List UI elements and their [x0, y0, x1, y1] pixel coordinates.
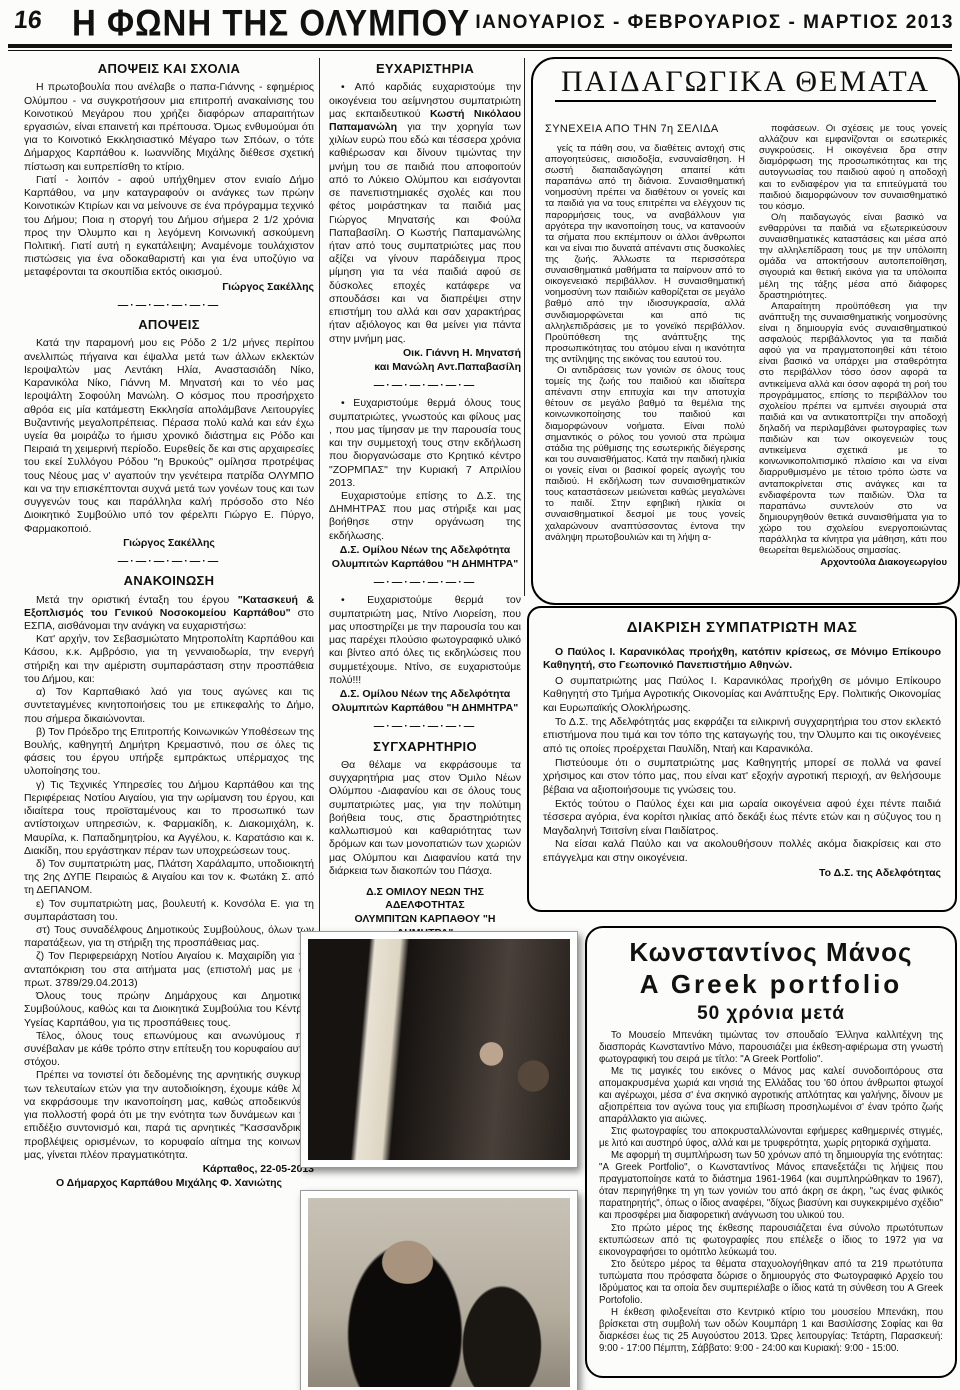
signature: Δ.Σ. Ομίλου Νέων της Αδελφότητα — [329, 544, 521, 557]
paragraph: Ευχαριστούμε επίσης το Δ.Σ. της ΔΗΜΗΤΡΑΣ… — [329, 490, 521, 543]
signature: Ο Δήμαρχος Καρπάθου Μιχάλης Φ. Χανιώτης — [24, 1177, 314, 1190]
paragraph: Μετά την οριστική ένταξη του έργου "Κατα… — [24, 594, 314, 634]
text-run: Μετά την οριστική ένταξη του έργου — [36, 594, 238, 606]
page-number: 16 — [12, 6, 43, 35]
header-rule — [8, 44, 952, 51]
section-divider: —·—·—·—·—·— — [329, 576, 521, 589]
paragraph: Η πρωτοβουλία που ανέλαβε ο παπα-Γιάννης… — [24, 81, 314, 174]
signature: Το Δ.Σ. της Αδελφότητας — [543, 867, 941, 881]
signature: Ολυμπιτών Καρπάθου "Η ΔΗΜΗΤΡΑ" — [329, 702, 521, 715]
villager-portrait-photo — [300, 1190, 578, 1390]
section-title: ΑΠΟΨΕΙΣ — [24, 317, 314, 333]
announcement-item: Τέλος, όλους τους επωνύμους και ανωνύμου… — [24, 1030, 314, 1070]
pedagogy-left-column: ΣΥΝΕΧΕΙΑ ΑΠΟ ΤΗΝ 7η ΣΕΛΙΔΑ γείς τα πάθη … — [545, 123, 745, 543]
paragraph: Θα θέλαμε να εκφράσουμε τα συγχαρητήρια … — [329, 759, 521, 878]
signature: Δ.Σ ΟΜΙΛΟΥ ΝΕΩΝ ΤΗΣ ΑΔΕΛΦΟΤΗΤΑΣ — [329, 886, 521, 912]
lead-paragraph: Ο Παύλος Ι. Καρανικόλας προήχθη, κατόπιν… — [543, 646, 941, 673]
section-divider: —·—·—·—·—·— — [24, 555, 314, 568]
section-title: ΑΝΑΚΟΙΝΩΣΗ — [24, 573, 314, 589]
paragraph: Στις φωτογραφίες του αποκρυσταλλώνονται … — [599, 1126, 943, 1150]
paragraph: Στο πρώτο μέρος της έκθεσης παρουσιάζετα… — [599, 1223, 943, 1259]
section-divider: —·—·—·—·—·— — [24, 299, 314, 312]
paragraph: Το Μουσείο Μπενάκη τιμώντας τον σπουδαίο… — [599, 1030, 943, 1066]
text-run: για την χορηγία των χιλίων ευρώ που εδώ … — [329, 121, 521, 345]
continued-from-note: ΣΥΝΕΧΕΙΑ ΑΠΟ ΤΗΝ 7η ΣΕΛΙΔΑ — [545, 123, 745, 136]
date-signature: Κάρπαθος, 22-05-2013 — [24, 1163, 314, 1176]
box-title: ΠΑΙΔΑΓΩΓΙΚΑ ΘΕΜΑΤΑ — [555, 65, 936, 102]
announcement-items: Κατ' αρχήν, τον Σεβασμιώτατο Μητροπολίτη… — [24, 633, 314, 1162]
exhibition-title-latin: A Greek portfolio — [599, 968, 943, 1000]
announcement-item: ε) Τον συμπατριώτη μας, βουλευτή κ. Κονσ… — [24, 898, 314, 924]
box-title-wrap: ΠΑΙΔΑΓΩΓΙΚΑ ΘΕΜΑΤΑ — [533, 65, 958, 102]
paragraph: Ο συμπατριώτης μας Παύλος Ι. Καρανικόλας… — [543, 675, 941, 716]
announcement-item: Πρέπει να τονιστεί ότι δεδομένης της αρν… — [24, 1069, 314, 1162]
masthead-logo: Η ΦΩΝΗ ΤΗΣ ΟΛΥΜΠΟΥ — [72, 2, 470, 45]
paragraph: Με τις μαγικές του εικόνες ο Μάνος μας κ… — [599, 1066, 943, 1126]
thanks-item: • Ευχαριστούμε θερμά όλους τους συμπατρι… — [329, 397, 521, 490]
section-title: ΣΥΓΧΑΡΗΤΗΡΙΟ — [329, 739, 521, 755]
section-title: ΕΥΧΑΡΙΣΤΗΡΙΑ — [329, 61, 521, 77]
pedagogy-themes-box: ΠΑΙΔΑΓΩΓΙΚΑ ΘΕΜΑΤΑ ΣΥΝΕΧΕΙΑ ΑΠΟ ΤΗΝ 7η Σ… — [531, 57, 960, 605]
paragraph: Γιατί - λοιπόν - αφού υπήχθημεν στον ενι… — [24, 174, 314, 280]
paragraph: Με αφορμή τη συμπλήρωση των 50 χρόνων απ… — [599, 1150, 943, 1222]
paragraph: Στο δεύτερο μέρος τα θέματα σταχυολογήθη… — [599, 1259, 943, 1307]
paragraph: Ο/η παιδαγωγός είναι βασικό να ενθαρρύνε… — [759, 212, 947, 301]
announcement-item: α) Τον Καρπαθιακό λαό για τους αγώνες κα… — [24, 686, 314, 726]
paragraph: Κατά την παραμονή μου εις Ρόδο 2 1/2 μήν… — [24, 337, 314, 535]
compatriot-distinction-box: ΔΙΑΚΡΙΣΗ ΣΥΜΠΑΤΡΙΩΤΗ ΜΑΣ Ο Παύλος Ι. Καρ… — [527, 606, 957, 912]
opinions-column: ΑΠΟΨΕΙΣ ΚΑΙ ΣΧΟΛΙΑ Η πρωτοβουλία που ανέ… — [24, 58, 314, 1191]
box-title: ΔΙΑΚΡΙΣΗ ΣΥΜΠΑΤΡΙΩΤΗ ΜΑΣ — [543, 618, 941, 638]
paragraph: Απαραίτητη προϋπόθεση για την ανάπτυξη τ… — [759, 301, 947, 557]
announcement-item: δ) Τον συμπατριώτη μας, Πλάτση Χαράλαμπο… — [24, 858, 314, 898]
announcement-item: στ) Τους συναδέλφους Δημοτικούς Συμβούλο… — [24, 924, 314, 950]
signature: Αρχοντούλα Διακογεωργίου — [759, 557, 947, 568]
announcement-item: γ) Τις Τεχνικές Υπηρεσίες του Δήμου Καρπ… — [24, 779, 314, 858]
pedagogy-right-column: ποφάσεων. Οι σχέσεις με τους γονείς αλλά… — [759, 123, 947, 569]
thanks-column: ΕΥΧΑΡΙΣΤΗΡΙΑ • Από καρδιάς ευχαριστούμε … — [329, 58, 521, 941]
signature: Οικ. Γιάννη Η. Μηνατσή — [329, 347, 521, 360]
signature: Γιώργος Σακέλλης — [24, 537, 314, 550]
paragraph: Εκτός τούτου ο Παύλος έχει και μια ωραία… — [543, 798, 941, 839]
thanks-item: • Ευχαριστούμε θερμά τον συμπατριώτη μας… — [329, 594, 521, 687]
column-divider-2 — [524, 58, 525, 596]
photo-image — [308, 1198, 570, 1387]
signature: και Μανώλη Αντ.Παπαβασίλη — [329, 361, 521, 374]
paragraph: ποφάσεων. Οι σχέσεις με τους γονείς αλλά… — [759, 123, 947, 212]
village-interior-photo — [300, 931, 578, 1168]
section-divider: —·—·—·—·—·— — [329, 379, 521, 392]
announcement-item: Όλους τους πρώην Δημάρχους και Δημοτικού… — [24, 990, 314, 1030]
announcement-item: ζ) Τον Περιφερειάρχη Νοτίου Αιγαίου κ. Μ… — [24, 950, 314, 990]
issue-date: ΙΑΝΟΥΑΡΙΟΣ - ΦΕΒΡΟΥΑΡΙΟΣ - ΜΑΡΤΙΟΣ 2013 — [475, 12, 954, 34]
paragraph: Η έκθεση φιλοξενείται στο Κεντρικό κτίρι… — [599, 1307, 943, 1355]
paragraph: Να είσαι καλά Παύλο και να ακολουθήσουν … — [543, 838, 941, 865]
paragraph: Το Δ.Σ. της Αδελφότητάς μας εκφράζει τα … — [543, 716, 941, 757]
section-title: ΑΠΟΨΕΙΣ ΚΑΙ ΣΧΟΛΙΑ — [24, 61, 314, 77]
exhibition-title-greek: Κωνσταντίνος Μάνος — [599, 936, 943, 968]
manos-exhibition-box: Κωνσταντίνος Μάνος A Greek portfolio 50 … — [585, 926, 957, 1378]
thanks-item: • Από καρδιάς ευχαριστούμε την οικογένει… — [329, 81, 521, 345]
paragraph: Πιστεύουμε ότι ο συμπατριώτης μας Καθηγη… — [543, 757, 941, 798]
column-divider-1 — [319, 58, 320, 944]
newspaper-page: 16 Η ΦΩΝΗ ΤΗΣ ΟΛΥΜΠΟΥ ΙΑΝΟΥΑΡΙΟΣ - ΦΕΒΡΟ… — [0, 0, 960, 1390]
signature: Δ.Σ. Ομίλου Νέων της Αδελφότητα — [329, 688, 521, 701]
signature: Γιώργος Σακέλλης — [24, 281, 314, 294]
announcement-item: β) Τον Πρόεδρο της Επιτροπής Κοινωνικών … — [24, 726, 314, 779]
photo-image — [308, 939, 570, 1160]
paragraph: γείς τα πάθη σου, να διαθέτεις αντοχή στ… — [545, 143, 745, 365]
exhibition-subtitle: 50 χρόνια μετά — [599, 1002, 943, 1026]
announcement-item: Κατ' αρχήν, τον Σεβασμιώτατο Μητροπολίτη… — [24, 633, 314, 686]
section-divider: —·—·—·—·—·— — [329, 720, 521, 733]
signature: Ολυμπιτών Καρπάθου "Η ΔΗΜΗΤΡΑ" — [329, 558, 521, 571]
paragraph: Οι αντιδράσεις των γονιών σε όλους τους … — [545, 365, 745, 543]
